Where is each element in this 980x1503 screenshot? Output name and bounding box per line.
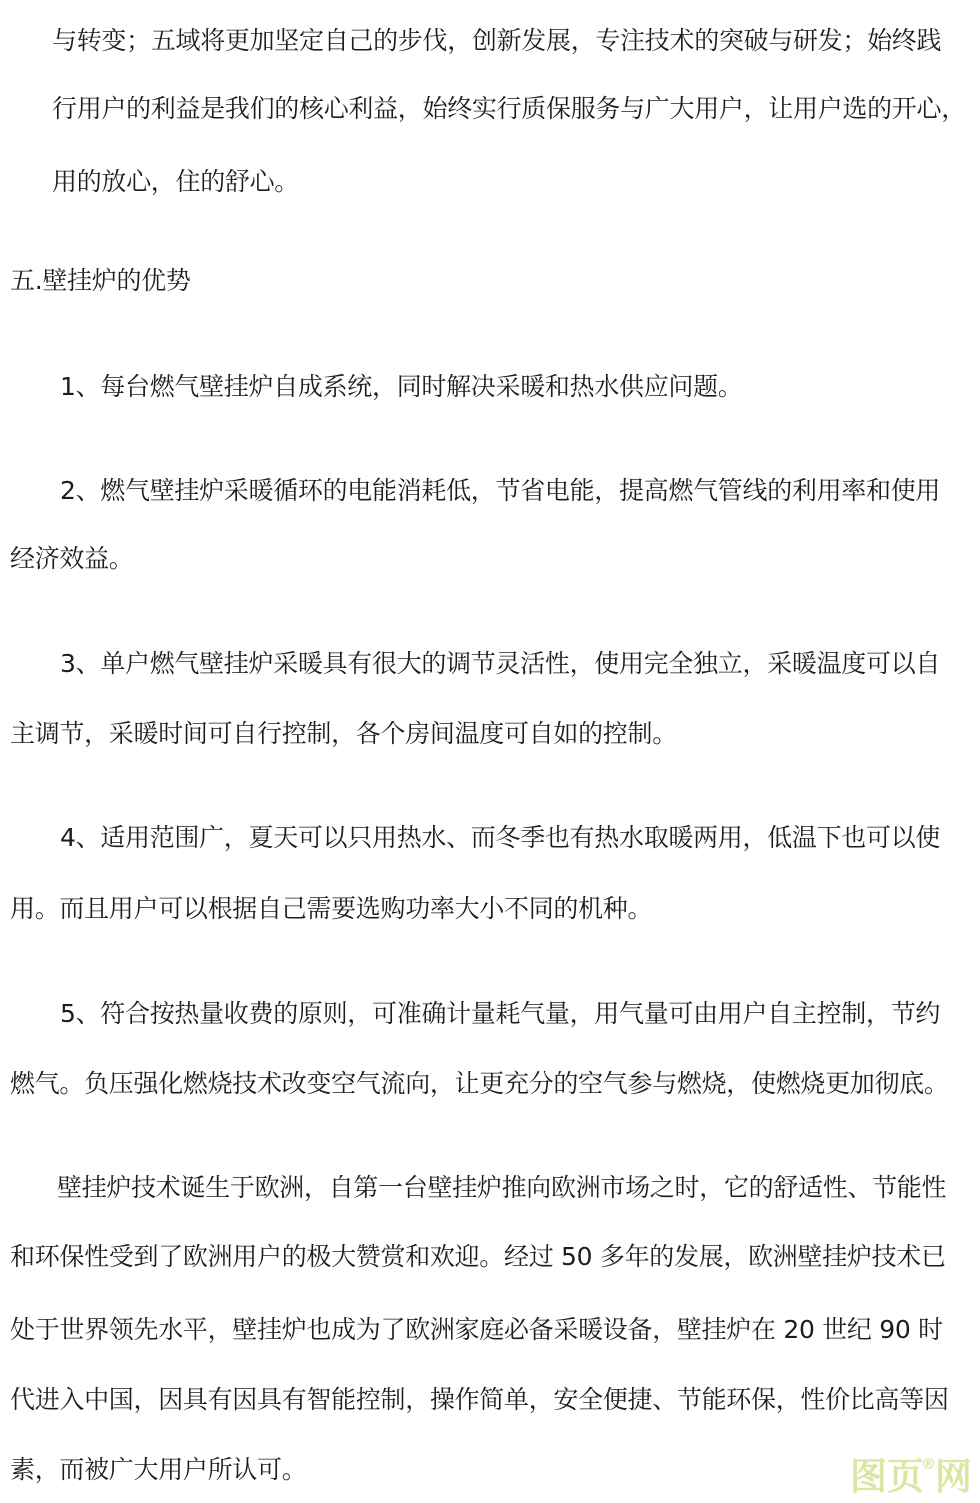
text-line: 4、适用范围广，夏天可以只用热水、而冬季也有热水取暖两用，低温下也可以使 — [60, 822, 940, 853]
text-line: 用。而且用户可以根据自己需要选购功率大小不同的机种。 — [10, 893, 652, 924]
text-line: 2、燃气壁挂炉采暖循环的电能消耗低，节省电能，提高燃气管线的利用率和使用 — [60, 475, 940, 506]
text-line: 素，而被广大用户所认可。 — [10, 1454, 306, 1485]
registered-trademark-icon: ® — [921, 1457, 936, 1472]
text-line: 与转变；五域将更加坚定自己的步伐，创新发展，专注技术的突破与研发；始终践 — [52, 25, 941, 56]
document-page: 与转变；五域将更加坚定自己的步伐，创新发展，专注技术的突破与研发；始终践行用户的… — [0, 0, 980, 1503]
watermark-text-right: 网 — [935, 1455, 972, 1498]
section-heading: 五.壁挂炉的优势 — [10, 265, 191, 296]
text-line: 燃气。负压强化燃烧技术改变空气流向，让更充分的空气参与燃烧，使燃烧更加彻底。 — [10, 1068, 949, 1099]
text-line: 代进入中国，因具有因具有智能控制，操作简单，安全便捷、节能环保，性价比高等因 — [10, 1384, 949, 1415]
text-line: 1、每台燃气壁挂炉自成系统，同时解决采暖和热水供应问题。 — [60, 371, 743, 402]
text-line: 壁挂炉技术诞生于欧洲，自第一台壁挂炉推向欧洲市场之时，它的舒适性、节能性 — [57, 1172, 946, 1203]
text-line: 主调节，采暖时间可自行控制，各个房间温度可自如的控制。 — [10, 718, 677, 749]
text-line: 用的放心，住的舒心。 — [52, 166, 299, 197]
text-line: 处于世界领先水平，壁挂炉也成为了欧洲家庭必备采暖设备，壁挂炉在 20 世纪 90… — [10, 1314, 943, 1345]
text-line: 3、单户燃气壁挂炉采暖具有很大的调节灵活性，使用完全独立，采暖温度可以自 — [60, 648, 940, 679]
text-line: 行用户的利益是我们的核心利益，始终实行质保服务与广大用户，让用户选的开心， — [52, 93, 966, 124]
text-line: 和环保性受到了欧洲用户的极大赞赏和欢迎。经过 50 多年的发展，欧洲壁挂炉技术已 — [10, 1241, 946, 1272]
text-line: 经济效益。 — [10, 543, 134, 574]
text-line: 5、符合按热量收费的原则，可准确计量耗气量，用气量可由用户自主控制，节约 — [60, 998, 940, 1029]
watermark-logo: 图页®网 — [850, 1458, 972, 1495]
watermark-text-left: 图页 — [850, 1455, 924, 1498]
